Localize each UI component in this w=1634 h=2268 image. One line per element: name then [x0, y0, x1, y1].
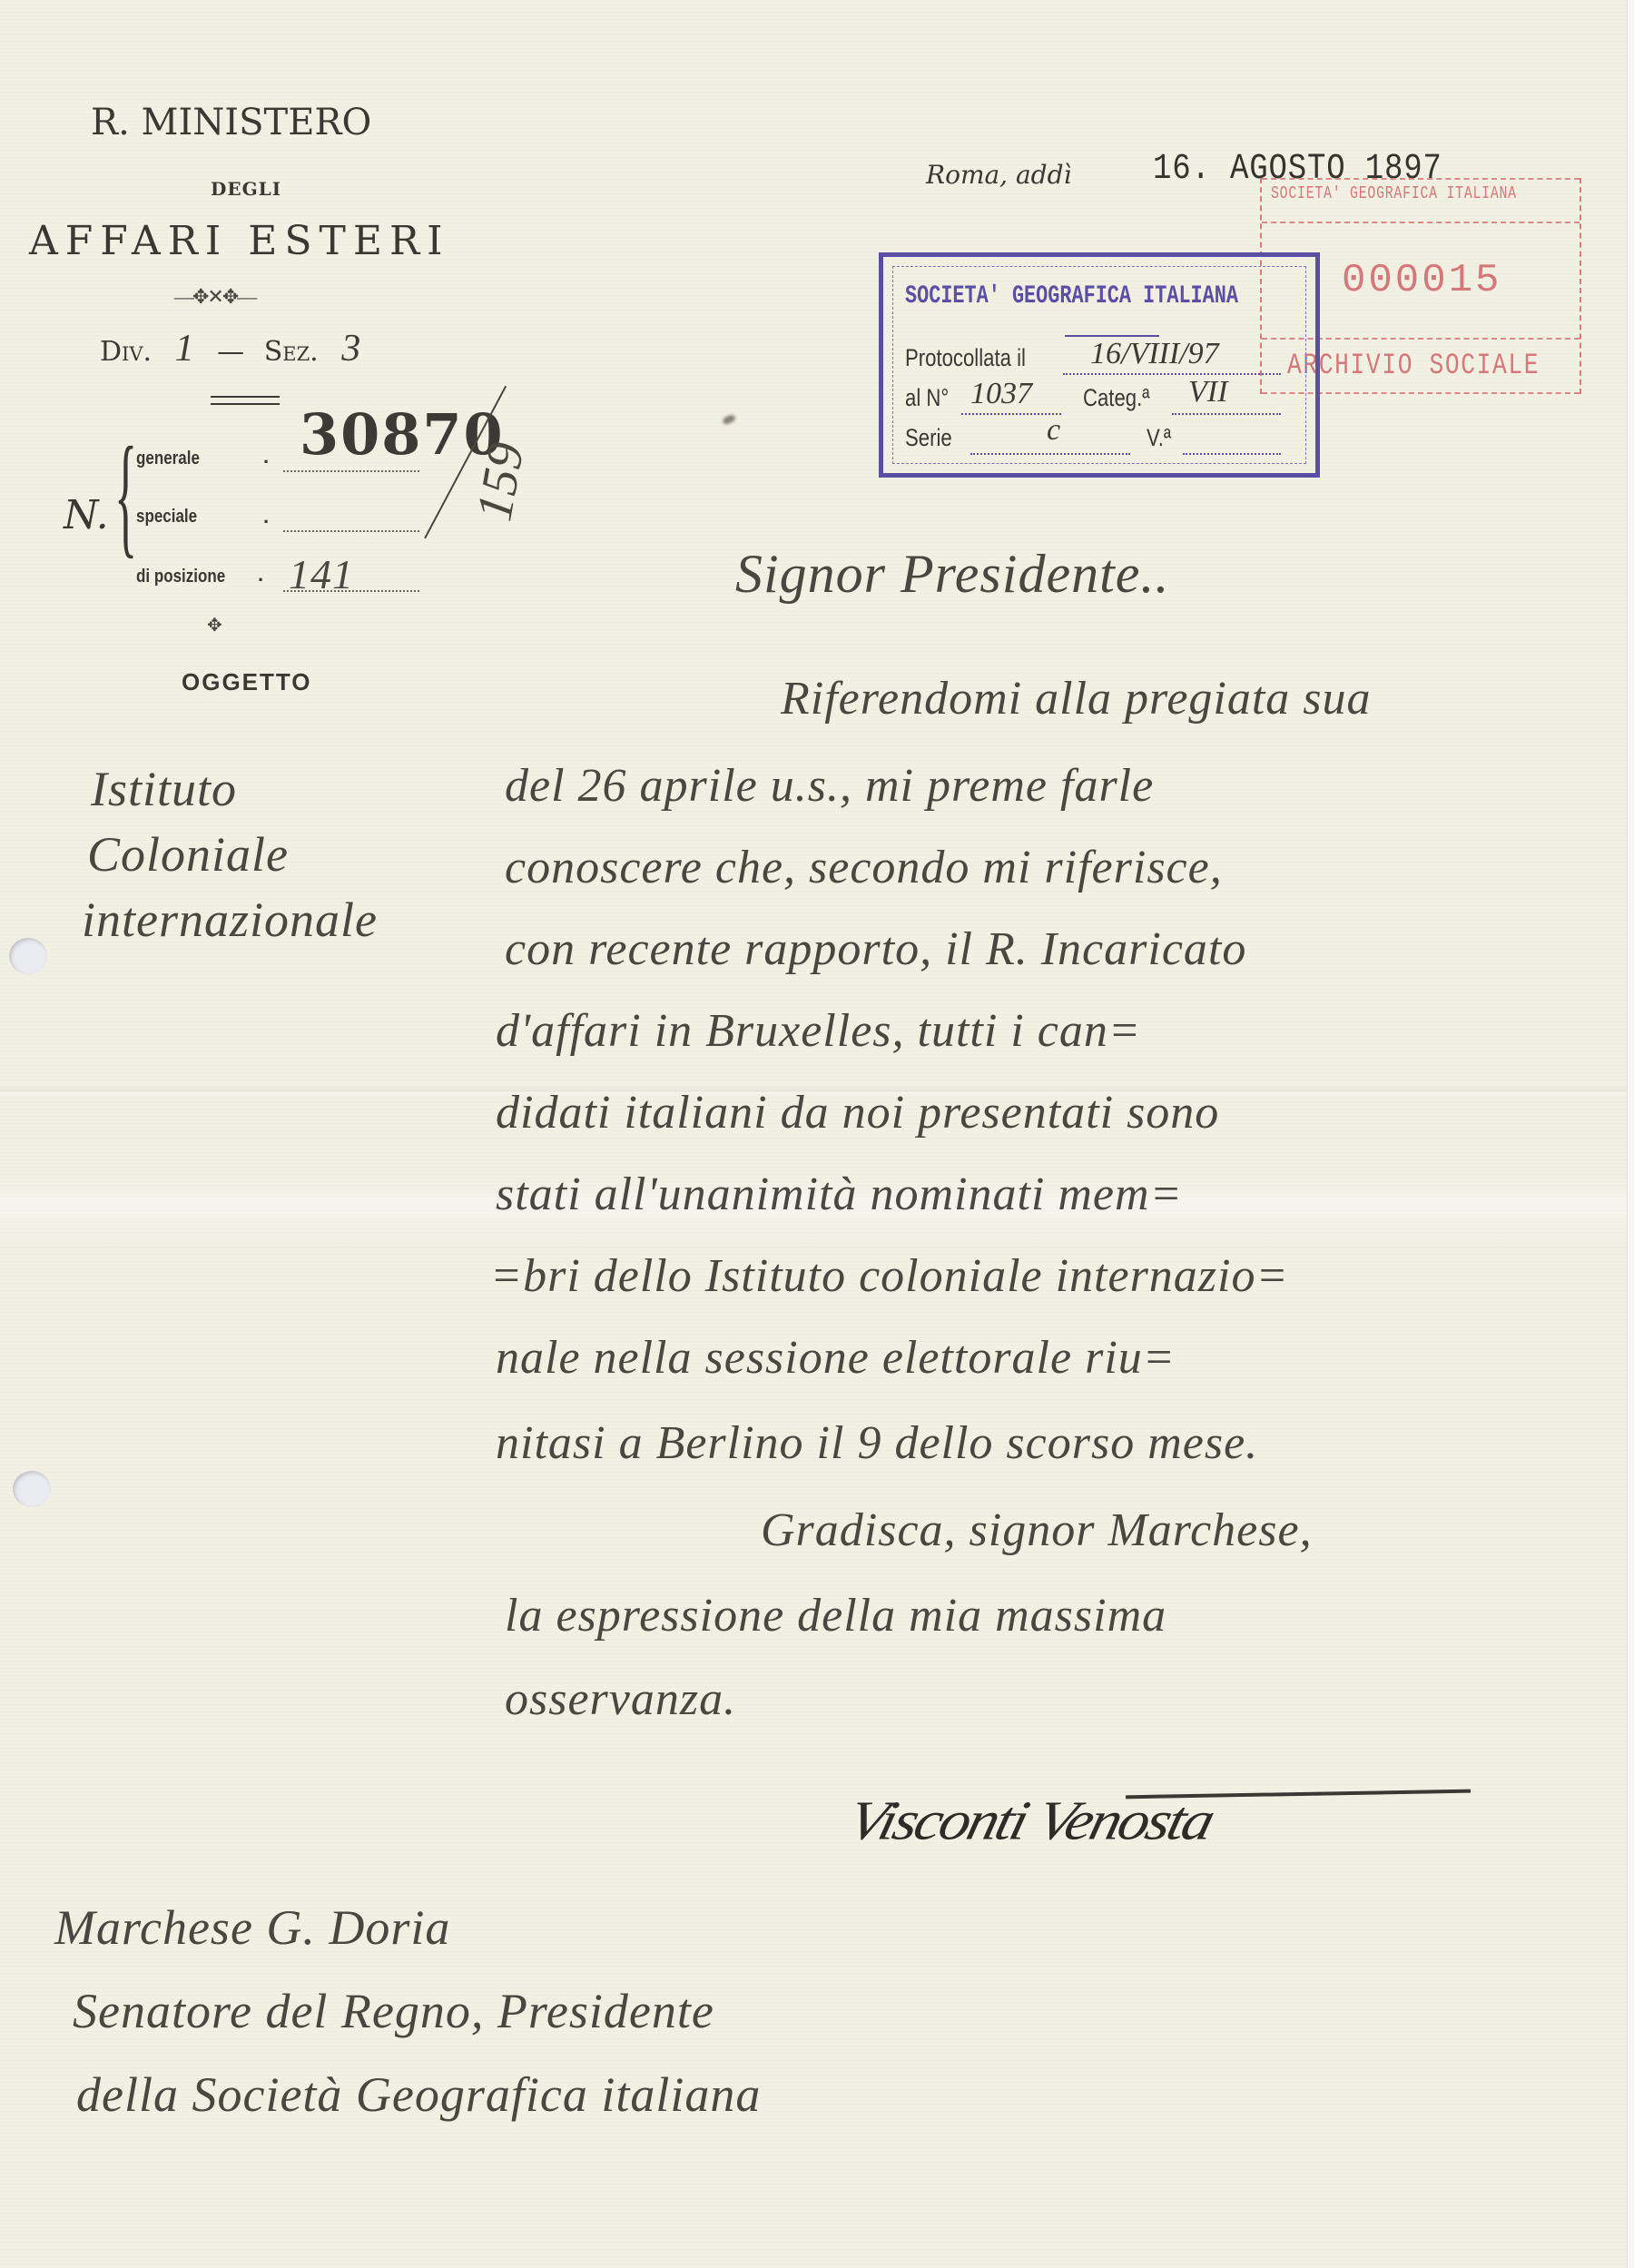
protocol-stamp-violet: SOCIETA' GEOGRAFICA ITALIANA Protocollat…: [879, 252, 1320, 478]
body-line: del 26 aprile u.s., mi preme farle: [505, 759, 1154, 813]
salutation: Signor Presidente..: [735, 543, 1169, 606]
dot-leader: .: [263, 505, 269, 528]
body-line: nitasi a Berlino il 9 dello scorso mese.: [496, 1416, 1258, 1470]
body-line: =bri dello Istituto coloniale internazio…: [490, 1249, 1289, 1303]
body-line: Riferendomi alla pregiata sua: [781, 672, 1372, 725]
reference-posizione-label: di posizione: [136, 567, 225, 587]
series-value: c: [1047, 413, 1060, 448]
stamp-rule: [1262, 222, 1580, 223]
reference-speciale-label: speciale: [136, 507, 197, 528]
number-label: al N°: [905, 384, 949, 412]
addressee-line-2: Senatore del Regno, Presidente: [73, 1983, 714, 2039]
speciale-field: [283, 530, 419, 532]
volume-field: [1183, 453, 1281, 455]
sez-separator: —: [217, 336, 244, 368]
reference-generale-value: 30870: [300, 401, 505, 468]
body-line: conoscere che, secondo mi riferisce,: [505, 841, 1223, 894]
body-line: con recente rapporto, il R. Incaricato: [505, 922, 1246, 976]
red-stamp-header: SOCIETA' GEOGRAFICA ITALIANA: [1271, 183, 1517, 203]
reference-posizione-value: 141: [289, 550, 354, 598]
subject-line-2: Coloniale: [87, 826, 289, 883]
dot-leader: .: [263, 445, 269, 468]
red-stamp-number: 000015: [1342, 258, 1501, 303]
place-label: Roma, addì: [926, 160, 1071, 190]
division-section-line: Div. 1 — Sez. 3: [100, 327, 375, 370]
protocol-field: [1063, 373, 1281, 375]
punch-hole-icon: [9, 938, 47, 974]
letterhead-degli: DEGLI: [211, 178, 281, 200]
page-edge: [1627, 0, 1634, 2268]
generale-field: [283, 470, 419, 472]
double-rule: [211, 396, 280, 405]
sez-label: Sez.: [264, 336, 319, 368]
red-stamp-footer: ARCHIVIO SOCIALE: [1287, 349, 1540, 382]
body-line: nale nella sessione elettorale riu=: [496, 1331, 1176, 1385]
letterhead-ministry: R. MINISTERO: [91, 102, 371, 143]
small-ornament-icon: ✥: [207, 614, 221, 636]
signature: Visconti Venosta: [842, 1789, 1219, 1853]
subject-line-1: Istituto: [91, 761, 237, 817]
body-line: la espressione della mia massima: [505, 1589, 1166, 1642]
addressee-line-3: della Società Geografica italiana: [76, 2066, 761, 2123]
body-line: Gradisca, signor Marchese,: [761, 1504, 1313, 1557]
series-label: Serie: [905, 424, 952, 452]
subject-line-3: internazionale: [82, 892, 378, 948]
protocol-value: 16/VIII/97: [1090, 337, 1219, 371]
punch-hole-icon: [13, 1471, 51, 1507]
sez-value: 3: [341, 328, 360, 370]
violet-stamp-header: SOCIETA' GEOGRAFICA ITALIANA: [905, 282, 1238, 311]
addressee-line-1: Marchese G. Doria: [54, 1899, 450, 1956]
div-value: 1: [175, 328, 194, 370]
protocol-label: Protocollata il: [905, 344, 1026, 372]
category-label: Categ.ª: [1083, 384, 1149, 412]
body-line: stati all'unanimità nominati mem=: [496, 1168, 1183, 1221]
ornament-divider-icon: —✥✕✥—: [174, 285, 255, 309]
category-value: VII: [1188, 375, 1227, 409]
letterhead-affari-esteri: AFFARI ESTERI: [29, 218, 450, 264]
volume-label: V.ª: [1147, 424, 1171, 452]
number-value: 1037: [970, 377, 1032, 411]
brace-icon: {: [114, 427, 137, 563]
subject-label: OGGETTO: [182, 668, 312, 696]
body-line: didati italiani da noi presentati sono: [496, 1086, 1219, 1139]
div-label: Div.: [100, 336, 152, 368]
dot-leader: .: [258, 563, 263, 587]
series-field: [970, 453, 1130, 455]
body-line: osservanza.: [505, 1672, 736, 1726]
reference-generale-label: generale: [136, 449, 200, 469]
category-field: [1172, 413, 1281, 415]
reference-prefix: N.: [64, 492, 109, 538]
body-line: d'affari in Bruxelles, tutti i can=: [496, 1004, 1141, 1058]
stamp-rule: [1262, 178, 1580, 180]
